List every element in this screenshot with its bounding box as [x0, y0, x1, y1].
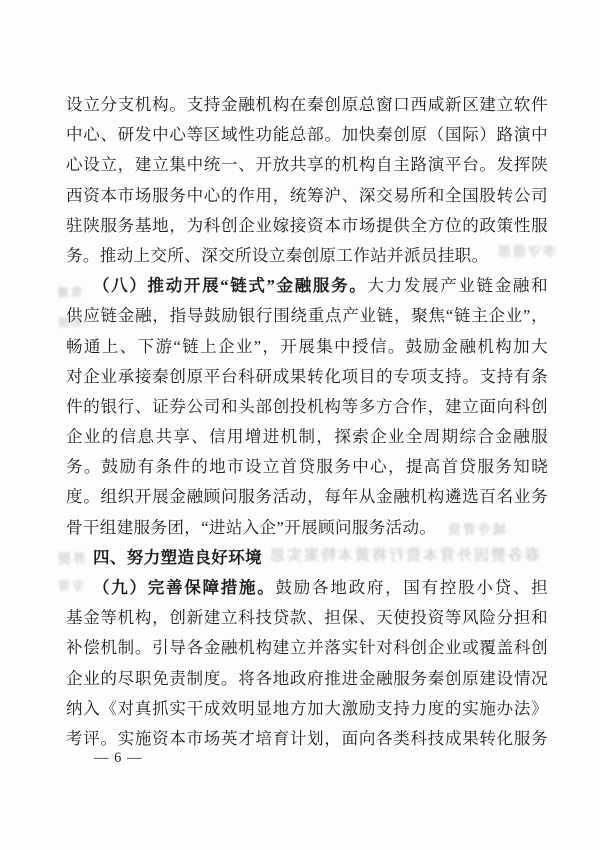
text-segment: 对企业承接秦创原平台科研成果转化项目的专项支持。支持有条	[66, 367, 548, 386]
text-segment-bold: 四、努力塑造良好环境	[93, 548, 262, 567]
text-segment: 供应链金融，指导鼓励银行围绕重点产业链，聚焦“链主企业”，	[66, 306, 548, 325]
text-line: 西资本市场服务中心的作用，统筹沪、深交易所和全国股转公司	[66, 181, 548, 211]
text-segment: 西资本市场服务中心的作用，统筹沪、深交易所和全国股转公司	[66, 186, 548, 205]
text-line: 供应链金融，指导鼓励银行围绕重点产业链，聚焦“链主企业”，	[66, 301, 548, 331]
text-line: （九）完善保障措施。鼓励各地政府，国有控股小贷、担保、	[66, 573, 548, 603]
text-segment: 基金等机构，创新建立科技贷款、担保、天使投资等风险分担和	[66, 608, 548, 627]
text-line: 畅通上、下游“链上企业”，开展集中授信。鼓励金融机构加大	[66, 332, 548, 362]
scanned-document-page: 设立分支机构。支持金融机构在秦创原总窗口西咸新区建立软件中心、研发中心等区域性功…	[0, 0, 600, 850]
text-line: 件的银行、证券公司和头部创投机构等多方合作，建立面向科创	[66, 392, 548, 422]
text-segment: 骨干组建服务团，“进站入企”开展顾问服务活动。	[66, 518, 436, 537]
text-segment: 畅通上、下游“链上企业”，开展集中授信。鼓励金融机构加大	[66, 337, 548, 356]
text-segment: 纳入《对真抓实干成效明显地方加大激励支持力度的实施办法》	[66, 699, 548, 718]
text-line: 基金等机构，创新建立科技贷款、担保、天使投资等风险分担和	[66, 603, 548, 633]
text-segment: 务。鼓励有条件的地市设立首贷服务中心，提高首贷服务知晓	[66, 457, 548, 476]
text-line: 中心、研发中心等区域性功能总部。加快秦创原（国际）路演中	[66, 120, 548, 150]
text-line: 驻陕服务基地，为科创企业嫁接资本市场提供全方位的政策性服	[66, 211, 548, 241]
text-segment: 大力发展产业链金融和	[367, 276, 548, 295]
page-number: — 6 —	[94, 750, 143, 766]
text-segment: 考评。实施资本市场英才培育计划，面向各类科技成果转化服务	[66, 729, 548, 748]
text-segment: 驻陕服务基地，为科创企业嫁接资本市场提供全方位的政策性服	[66, 216, 548, 235]
text-segment: 度。组织开展金融顾问服务活动，每年从金融机构遴选百名业务	[66, 487, 548, 506]
text-segment: 务。推动上交所、深交所设立秦创原工作站并派员挂职。	[66, 246, 489, 265]
text-segment: 设立分支机构。支持金融机构在秦创原总窗口西咸新区建立软件	[66, 95, 548, 114]
text-segment: 心设立，建立集中统一、开放共享的机构自主路演平台。发挥陕	[66, 155, 548, 174]
document-body: 设立分支机构。支持金融机构在秦创原总窗口西咸新区建立软件中心、研发中心等区域性功…	[66, 90, 548, 754]
text-line: 企业的信息共享、信用增进机制，探索企业全周期综合金融服	[66, 422, 548, 452]
text-line: 纳入《对真抓实干成效明显地方加大激励支持力度的实施办法》	[66, 694, 548, 724]
text-line: 补偿机制。引导各金融机构建立并落实针对科创企业或覆盖科创	[66, 633, 548, 663]
text-line: 度。组织开展金融顾问服务活动，每年从金融机构遴选百名业务	[66, 482, 548, 512]
text-line: 心设立，建立集中统一、开放共享的机构自主路演平台。发挥陕	[66, 150, 548, 180]
text-segment: 中心、研发中心等区域性功能总部。加快秦创原（国际）路演中	[66, 125, 548, 144]
text-segment: 企业的信息共享、信用增进机制，探索企业全周期综合金融服	[66, 427, 548, 446]
text-line: 务。推动上交所、深交所设立秦创原工作站并派员挂职。	[66, 241, 548, 271]
text-segment-bold: （八）推动开展“链式”金融服务。	[93, 276, 367, 295]
text-segment: 件的银行、证券公司和头部创投机构等多方合作，建立面向科创	[66, 397, 548, 416]
text-segment: 补偿机制。引导各金融机构建立并落实针对科创企业或覆盖科创	[66, 638, 548, 657]
text-line: 务。鼓励有条件的地市设立首贷服务中心，提高首贷服务知晓	[66, 452, 548, 482]
text-line: （八）推动开展“链式”金融服务。大力发展产业链金融和	[66, 271, 548, 301]
text-line: 企业的尽职免责制度。将各地政府推进金融服务秦创原建设情况	[66, 664, 548, 694]
text-segment-bold: （九）完善保障措施。	[93, 578, 276, 597]
text-line: 设立分支机构。支持金融机构在秦创原总窗口西咸新区建立软件	[66, 90, 548, 120]
text-line: 四、努力塑造良好环境	[66, 543, 548, 573]
text-segment: 企业的尽职免责制度。将各地政府推进金融服务秦创原建设情况	[66, 669, 548, 688]
text-line: 骨干组建服务团，“进站入企”开展顾问服务活动。	[66, 513, 548, 543]
text-line: 对企业承接秦创原平台科研成果转化项目的专项支持。支持有条	[66, 362, 548, 392]
